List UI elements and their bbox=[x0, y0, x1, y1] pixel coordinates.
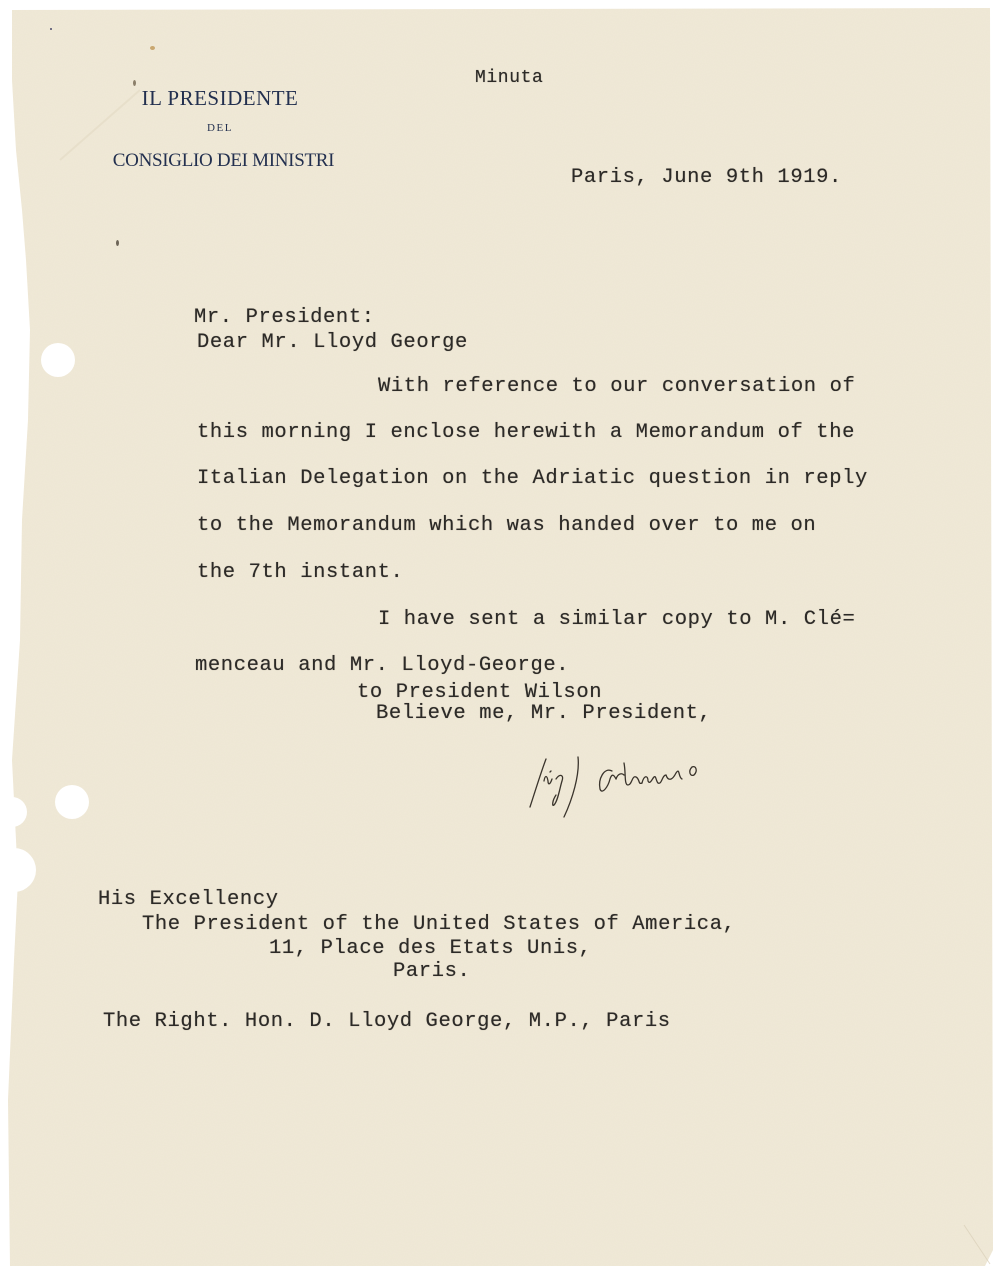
letterhead-council: CONSIGLIO DEI MINISTRI bbox=[96, 150, 351, 172]
letterhead-del: DEL bbox=[170, 122, 270, 134]
closing-line: Believe me, Mr. President, bbox=[376, 704, 711, 725]
paper-stain bbox=[116, 240, 119, 246]
paper-stain bbox=[50, 28, 52, 30]
handwritten-signature-icon bbox=[520, 745, 780, 825]
body-line: With reference to our conversation of bbox=[378, 377, 855, 398]
addressee-line: The President of the United States of Am… bbox=[142, 915, 736, 936]
body-line: to the Memorandum which was handed over … bbox=[197, 516, 816, 537]
body-line: I have sent a similar copy to M. Clé= bbox=[378, 610, 855, 631]
place-date: Paris, June 9th 1919. bbox=[571, 168, 842, 189]
insertion-line: to President Wilson bbox=[357, 683, 602, 704]
paper-stain bbox=[150, 46, 155, 50]
body-line: menceau and Mr. Lloyd-George. bbox=[195, 656, 569, 677]
addressee-line: His Excellency bbox=[98, 890, 279, 911]
second-addressee: The Right. Hon. D. Lloyd George, M.P., P… bbox=[103, 1012, 671, 1033]
body-line: the 7th instant. bbox=[197, 563, 403, 584]
letter-sheet: IL PRESIDENTE DEL CONSIGLIO DEI MINISTRI… bbox=[0, 0, 1000, 1275]
body-line: Italian Delegation on the Adriatic quest… bbox=[197, 469, 868, 490]
signature bbox=[520, 745, 780, 830]
salutation-line-1: Mr. President: bbox=[194, 308, 375, 329]
salutation-line-2: Dear Mr. Lloyd George bbox=[197, 333, 468, 354]
paper-background-icon bbox=[0, 0, 1000, 1275]
body-line: this morning I enclose herewith a Memora… bbox=[197, 423, 855, 444]
addressee-line: Paris. bbox=[393, 962, 470, 983]
addressee-line: 11, Place des Etats Unis, bbox=[269, 939, 592, 960]
letterhead-title: IL PRESIDENTE bbox=[120, 86, 320, 111]
minuta-label: Minuta bbox=[475, 69, 543, 87]
